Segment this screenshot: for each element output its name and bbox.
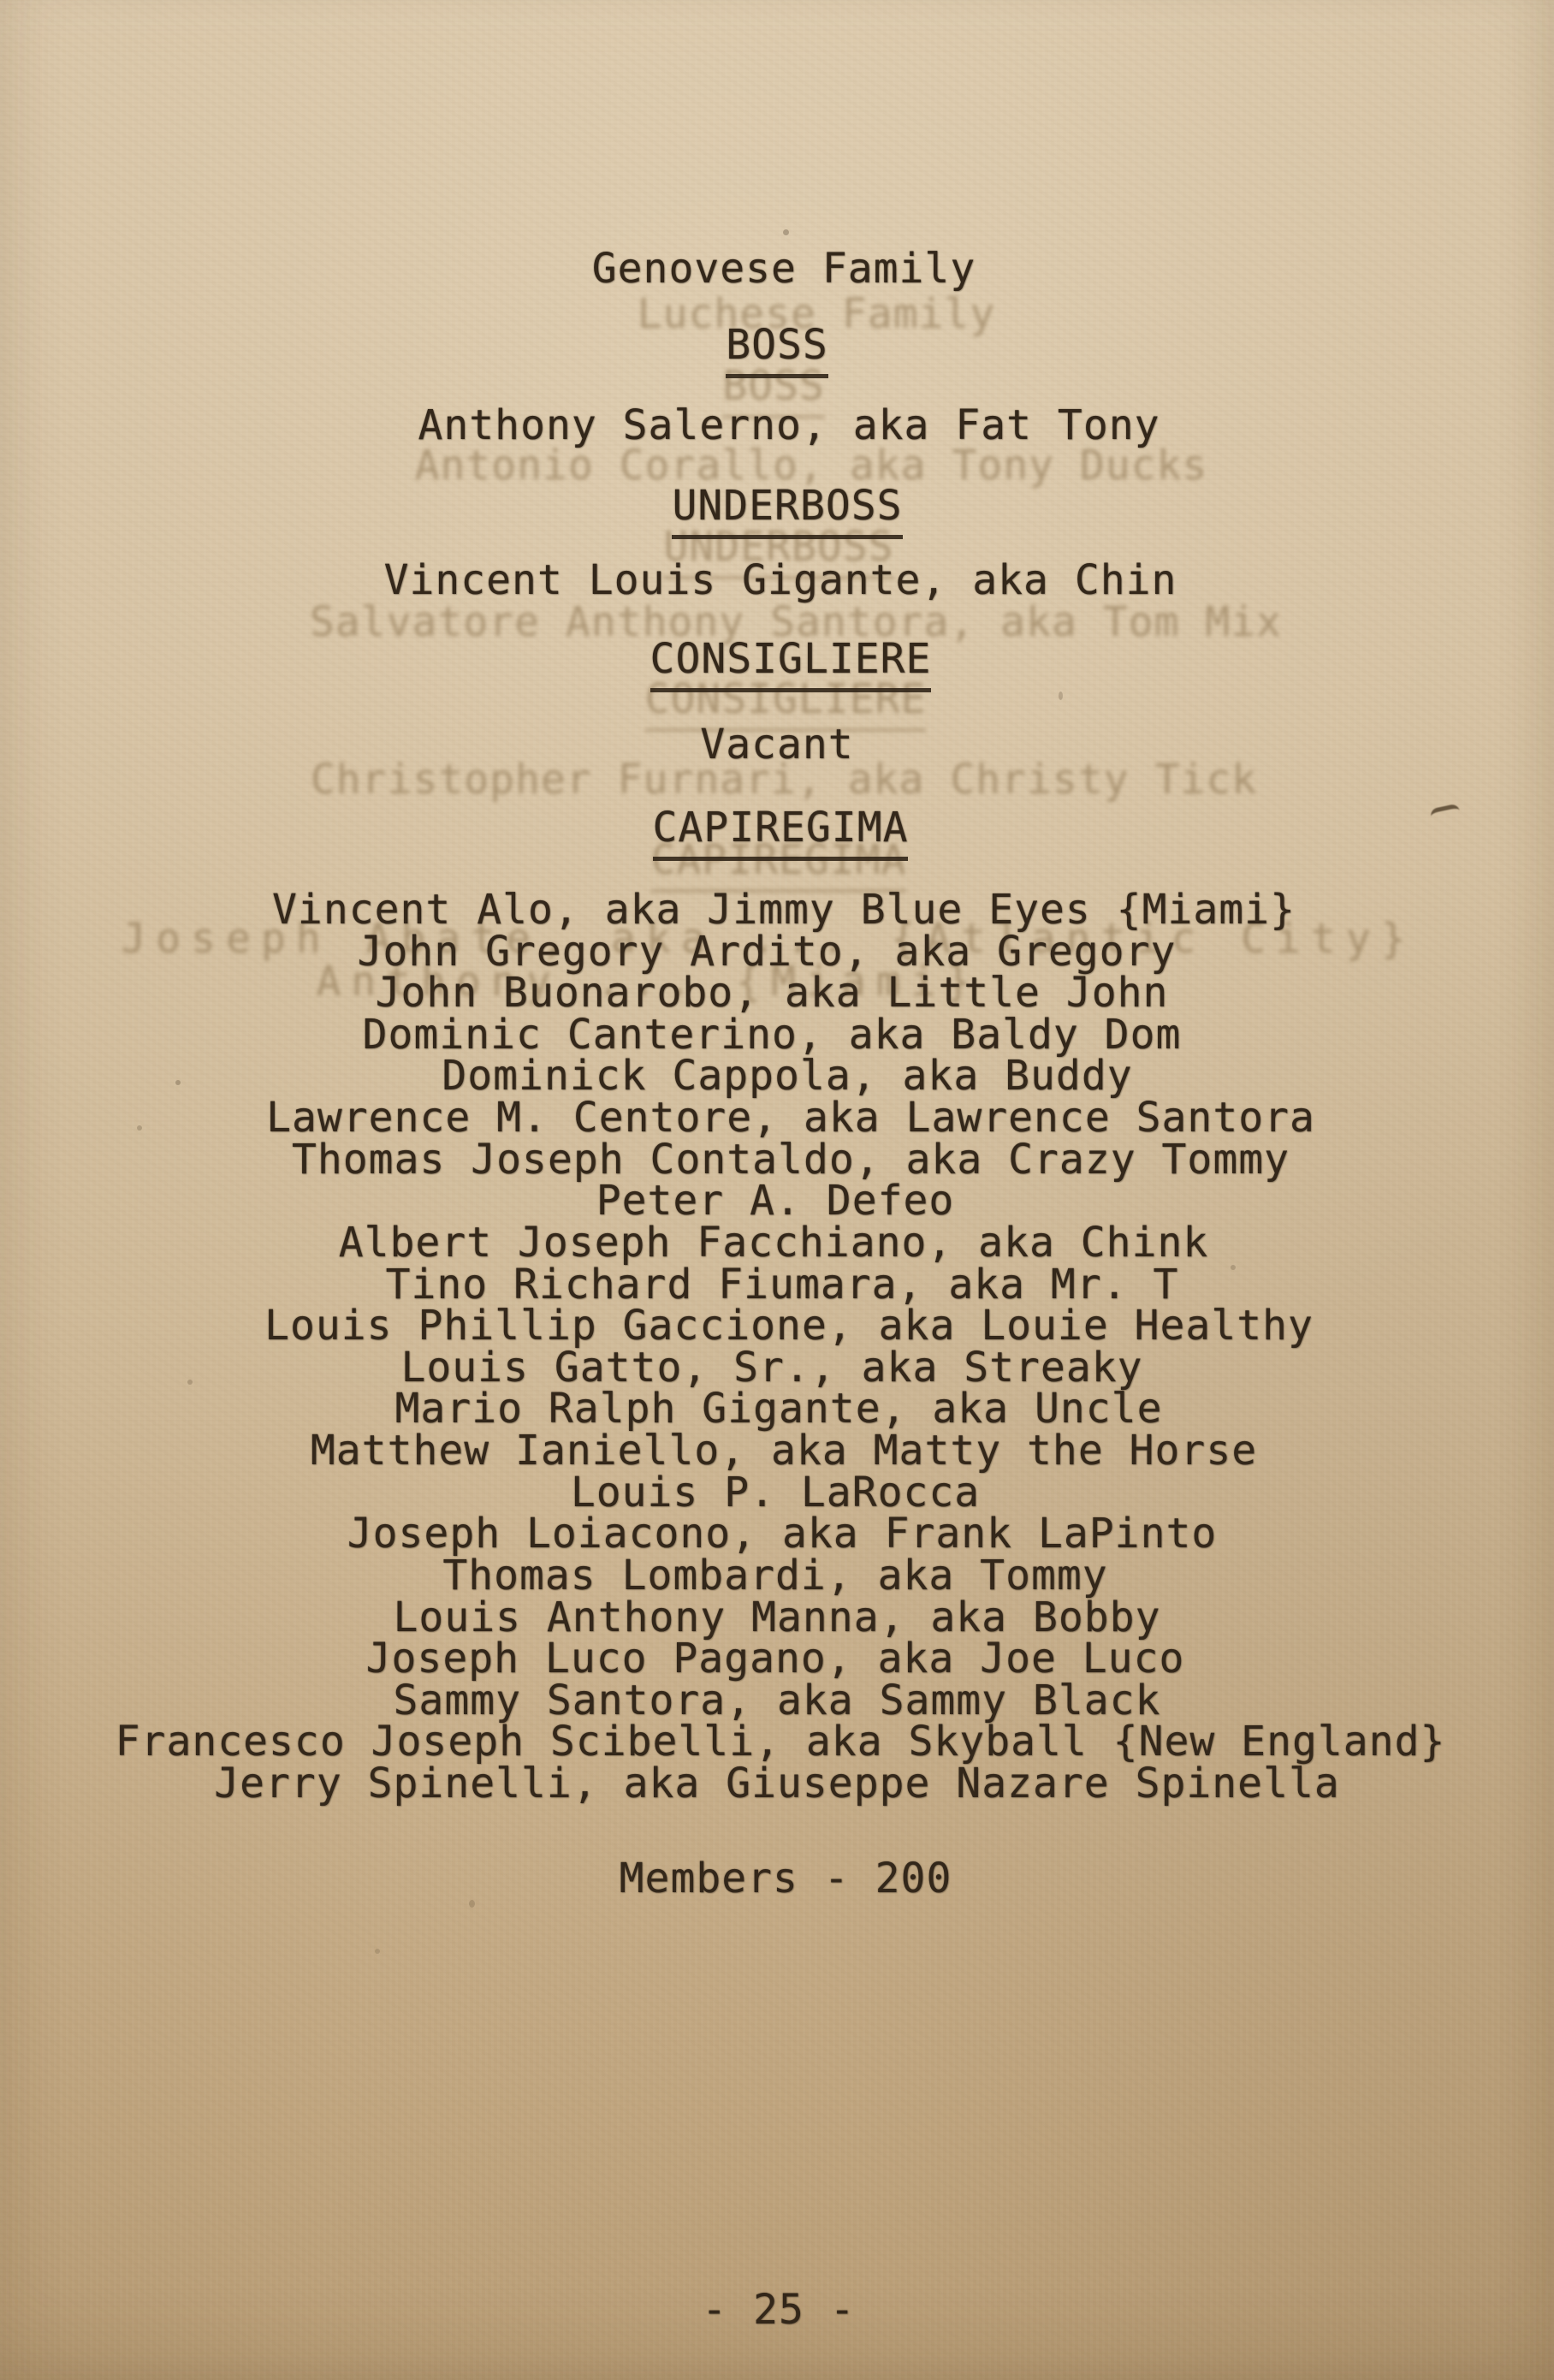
document-page: Luchese FamilyBOSSAntonio Corallo, aka T… [0, 0, 1554, 2380]
page-number: - 25 - [2, 2288, 1554, 2331]
line-text: CAPIREGIMA [653, 806, 909, 861]
roster-entry: Vincent Louis Gigante, aka Chin [3, 559, 1554, 602]
roster-entry: Lawrence M. Centore, aka Lawrence Santor… [14, 1096, 1554, 1139]
roster-entry: John Buonarobo, aka Little John [0, 971, 1549, 1014]
ink-speck [469, 1900, 475, 1908]
section-heading-boss: BOSS [0, 323, 1554, 378]
line-text: Louis P. LaRocca [571, 1471, 980, 1514]
line-text: Vincent Alo, aka Jimmy Blue Eyes {Miami} [272, 888, 1296, 931]
line-text: Genovese Family [592, 247, 976, 290]
ink-speck [783, 229, 789, 235]
line-text: Albert Joseph Facchiano, aka Chink [339, 1221, 1209, 1264]
roster-entry: Louis Anthony Manna, aka Bobby [0, 1596, 1554, 1639]
line-text: Dominic Canterino, aka Baldy Dom [363, 1013, 1182, 1056]
line-text: CONSIGLIERE [650, 638, 932, 692]
line-text: Thomas Lombardi, aka Tommy [442, 1554, 1107, 1597]
line-text: John Buonarobo, aka Little John [376, 971, 1169, 1014]
roster-entry: Joseph Loiacono, aka Frank LaPinto [5, 1512, 1554, 1555]
section-heading-underboss: UNDERBOSS [10, 484, 1554, 539]
roster-entry: Dominick Cappola, aka Buddy [10, 1054, 1554, 1097]
line-text: BOSS [726, 323, 828, 378]
line-text: Dominick Cappola, aka Buddy [442, 1054, 1132, 1097]
roster-entry: Tino Richard Fiumara, aka Mr. T [5, 1263, 1554, 1306]
line-text: Anthony Salerno, aka Fat Tony [418, 404, 1160, 447]
line-text: Joseph Loiacono, aka Frank LaPinto [347, 1512, 1218, 1555]
roster-entry: Louis P. LaRocca [0, 1471, 1552, 1514]
ink-speck [375, 1949, 380, 1954]
line-text: Joseph Luco Pagano, aka Joe Luco [366, 1637, 1185, 1680]
roster-entry: Thomas Joseph Contaldo, aka Crazy Tommy [14, 1138, 1554, 1181]
line-text: Louis Anthony Manna, aka Bobby [394, 1596, 1161, 1639]
line-text: Vincent Louis Gigante, aka Chin [384, 559, 1177, 602]
line-text: Tino Richard Fiumara, aka Mr. T [386, 1263, 1179, 1306]
roster-entry: John Gregory Ardito, aka Gregory [0, 930, 1544, 973]
line-text: Francesco Joseph Scibelli, aka Skyball {… [116, 1720, 1446, 1763]
roster-entry: Anthony Salerno, aka Fat Tony [12, 404, 1554, 447]
line-text: Thomas Joseph Contaldo, aka Crazy Tommy [292, 1138, 1290, 1181]
line-text: Mario Ralph Gigante, aka Uncle [395, 1387, 1163, 1430]
roster-entry: Francesco Joseph Scibelli, aka Skyball {… [3, 1720, 1554, 1763]
line-text: Vacant [700, 723, 853, 766]
line-text: Jerry Spinelli, aka Giuseppe Nazare Spin… [214, 1762, 1340, 1805]
line-text: Sammy Santora, aka Sammy Black [394, 1679, 1161, 1722]
line-text: Members - 200 [620, 1857, 952, 1900]
roster-entry: Jerry Spinelli, aka Giuseppe Nazare Spin… [0, 1762, 1554, 1805]
roster-entry: Louis Gatto, Sr., aka Streaky [0, 1346, 1549, 1389]
line-text: John Gregory Ardito, aka Gregory [358, 930, 1177, 973]
line-text: Lawrence M. Centore, aka Lawrence Santor… [266, 1096, 1315, 1139]
roster-entry: Vacant [0, 723, 1554, 766]
line-text: Peter A. Defeo [596, 1179, 955, 1222]
roster-entry: Peter A. Defeo [0, 1179, 1552, 1222]
roster-entry: Mario Ralph Gigante, aka Uncle [2, 1387, 1554, 1430]
roster-entry: Matthew Ianiello, aka Matty the Horse [7, 1429, 1554, 1472]
roster-entry: Dominic Canterino, aka Baldy Dom [0, 1013, 1549, 1056]
roster-entry: Joseph Luco Pagano, aka Joe Luco [0, 1637, 1552, 1680]
line-text: Louis Gatto, Sr., aka Streaky [400, 1346, 1142, 1389]
ghost-line: Antonio Corallo, aka Tony Ducks [34, 444, 1554, 487]
ghost-line-text: Antonio Corallo, aka Tony Ducks [415, 444, 1208, 487]
members-count: Members - 200 [9, 1857, 1554, 1900]
page-title: Genovese Family [7, 247, 1554, 290]
roster-entry: Albert Joseph Facchiano, aka Chink [0, 1221, 1551, 1264]
roster-entry: Sammy Santora, aka Sammy Black [0, 1679, 1554, 1722]
line-text: Matthew Ianiello, aka Matty the Horse [311, 1429, 1257, 1472]
roster-entry: Louis Phillip Gaccione, aka Louie Health… [12, 1304, 1554, 1347]
line-text: - 25 - [702, 2288, 855, 2331]
section-heading-consigliere: CONSIGLIERE [14, 638, 1554, 692]
roster-entry: Thomas Lombardi, aka Tommy [0, 1554, 1552, 1597]
section-heading-capiregima: CAPIREGIMA [3, 806, 1554, 861]
roster-entry: Vincent Alo, aka Jimmy Blue Eyes {Miami} [7, 888, 1554, 931]
line-text: UNDERBOSS [672, 484, 902, 539]
line-text: Louis Phillip Gaccione, aka Louie Health… [264, 1304, 1314, 1347]
